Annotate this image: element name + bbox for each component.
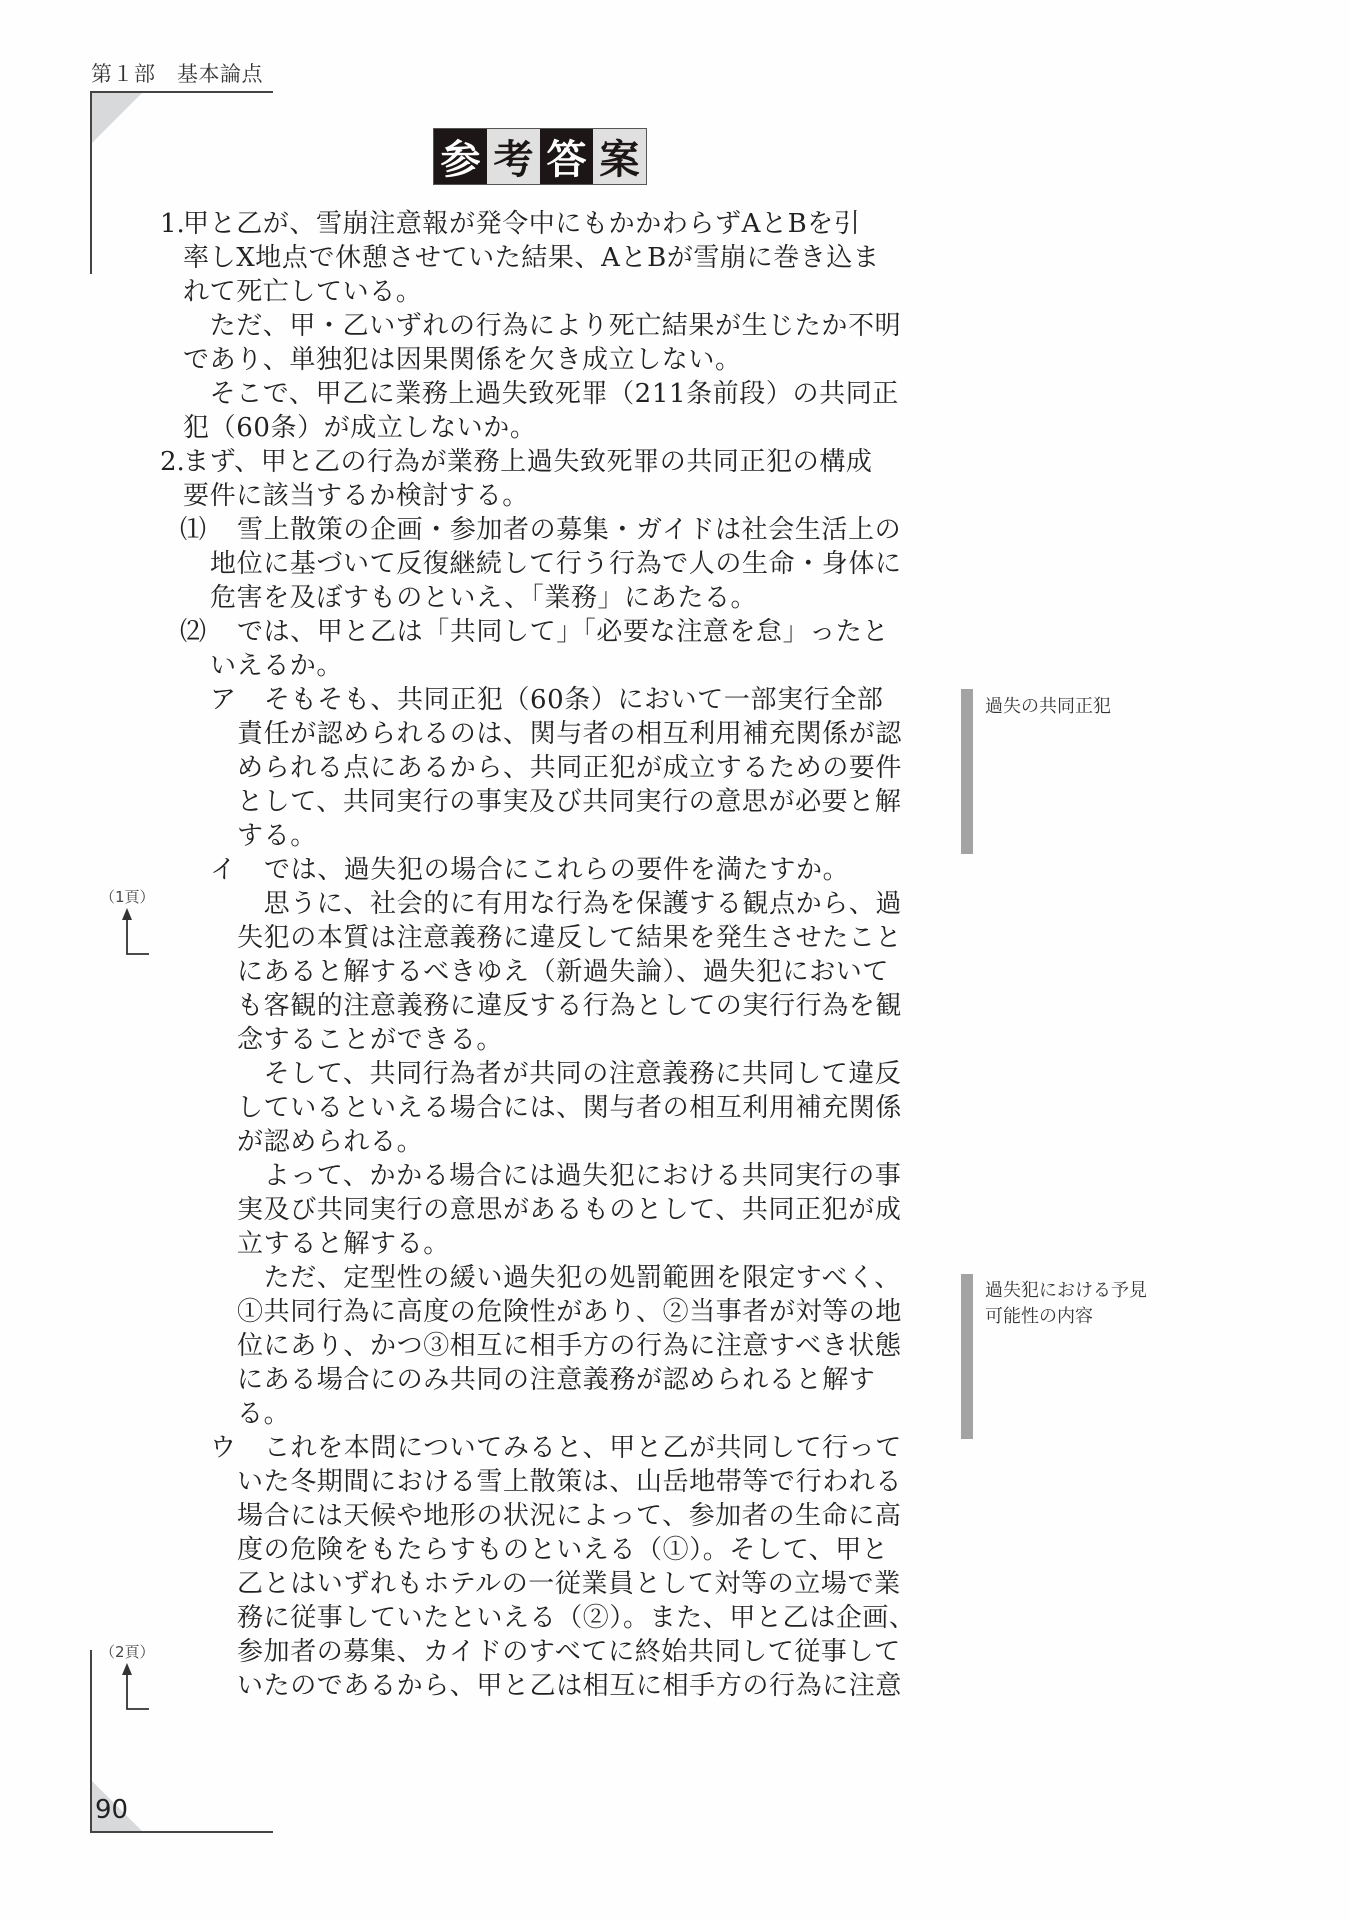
- side-note-foreseeability: 過失犯における予見 可能性の内容: [985, 1278, 1147, 1330]
- text-line: 責任が認められるのは、関与者の相互利用補充関係が認: [237, 717, 902, 751]
- text-line: する。: [237, 819, 317, 853]
- corner-frame-bottom-line: [90, 1831, 273, 1833]
- text-line: ただ、定型性の緩い過失犯の処罰範囲を限定すべく、: [237, 1261, 901, 1295]
- text-line: 乙とはいずれもホテルの一従業員として対等の立場で業: [237, 1567, 901, 1601]
- sub-sub-item-marker: ア: [210, 683, 236, 717]
- sub-item-number: ⑴: [180, 513, 206, 547]
- text-line: 念することができる。: [237, 1023, 503, 1057]
- sub-item-number: ⑵: [180, 615, 206, 649]
- side-note-negligent-co-principal: 過失の共同正犯: [985, 694, 1111, 720]
- page-title: 参 考 答 案: [433, 128, 647, 185]
- text-line: ただ、甲・乙いずれの行為により死亡結果が生じたか不明: [183, 309, 901, 343]
- text-line: が認められる。: [237, 1125, 423, 1159]
- title-char: 参: [434, 129, 487, 184]
- text-line: しているといえる場合には、関与者の相互利用補充関係: [237, 1091, 902, 1125]
- text-line: 危害を及ぼすものといえ、「業務」にあたる。: [210, 581, 757, 615]
- text-line: 雪上散策の企画・参加者の募集・ガイドは社会生活上の: [237, 513, 901, 547]
- text-line: 犯（60条）が成立しないか。: [183, 411, 536, 445]
- text-line: 場合には天候や地形の状況によって、参加者の生命に高: [237, 1499, 901, 1533]
- text-line: 要件に該当するか検討する。: [183, 479, 529, 513]
- sub-sub-item-marker: イ: [210, 853, 236, 887]
- sub-sub-item-marker: ウ: [210, 1431, 236, 1465]
- text-line: ①共同行為に高度の危険性があり、②当事者が対等の地: [237, 1295, 902, 1329]
- arrow-up-icon: [115, 908, 155, 958]
- text-line: も客観的注意義務に違反する行為としての実行行為を観: [237, 989, 902, 1023]
- text-line: る。: [237, 1397, 290, 1431]
- item-number: 1.: [160, 207, 185, 241]
- text-line: 失犯の本質は注意義務に違反して結果を発生させたこと: [237, 921, 902, 955]
- text-line: 立すると解する。: [237, 1227, 450, 1261]
- text-line: よって、かかる場合には過失犯における共同実行の事: [237, 1159, 901, 1193]
- title-char: 考: [487, 129, 540, 184]
- text-line: いた冬期間における雪上散策は、山岳地帯等で行われる: [237, 1465, 902, 1499]
- text-line: 甲と乙が、雪崩注意報が発令中にもかかわらずAとBを引: [183, 207, 860, 241]
- text-line: れて死亡している。: [183, 275, 422, 309]
- text-line: まず、甲と乙の行為が業務上過失致死罪の共同正犯の構成: [183, 445, 873, 479]
- text-line: では、過失犯の場合にこれらの要件を満たすか。: [264, 853, 849, 887]
- text-line: そもそも、共同正犯（60条）において一部実行全部: [264, 683, 884, 717]
- text-line: 位にあり、かつ③相互に相手方の行為に注意すべき状態: [237, 1329, 901, 1363]
- title-char: 案: [593, 129, 646, 184]
- corner-triangle-top-decoration: [92, 93, 142, 143]
- side-note-bar: [961, 689, 973, 854]
- text-line: 思うに、社会的に有用な行為を保護する観点から、過: [237, 887, 902, 921]
- text-line: 率しX地点で休憩させていた結果、AとBが雪崩に巻き込ま: [183, 241, 880, 275]
- section-header: 第１部 基本論点: [91, 58, 263, 88]
- page-ref-label: （2頁）: [100, 1641, 155, 1662]
- text-line: 実及び共同実行の意思があるものとして、共同正犯が成: [237, 1193, 901, 1227]
- text-line: 度の危険をもたらすものといえる（①）。そして、甲と: [237, 1533, 888, 1567]
- text-line: められる点にあるから、共同正犯が成立するための要件: [237, 751, 902, 785]
- text-line: では、甲と乙は「共同して」「必要な注意を怠」ったと: [237, 615, 889, 649]
- text-line: そして、共同行為者が共同の注意義務に共同して違反: [237, 1057, 901, 1091]
- text-line: 地位に基づいて反復継続して行う行為で人の生命・身体に: [210, 547, 902, 581]
- page-number: 90: [95, 1795, 128, 1825]
- text-line: 務に従事していたといえる（②）。また、甲と乙は企画、: [237, 1601, 916, 1635]
- text-line: にあると解するべきゆえ（新過失論）、過失犯において: [237, 955, 889, 989]
- text-line: 参加者の募集、カイドのすべてに終始共同して従事して: [237, 1635, 901, 1669]
- side-note-bar: [961, 1274, 973, 1439]
- text-line: として、共同実行の事実及び共同実行の意思が必要と解: [237, 785, 901, 819]
- page-ref-label: （1頁）: [100, 886, 155, 907]
- text-line: いえるか。: [210, 649, 343, 683]
- text-line: にある場合にのみ共同の注意義務が認められると解す: [237, 1363, 875, 1397]
- text-line: であり、単独犯は因果関係を欠き成立しない。: [183, 343, 742, 377]
- text-line: そこで、甲乙に業務上過失致死罪（211条前段）の共同正: [183, 377, 899, 411]
- arrow-up-icon: [115, 1663, 155, 1713]
- text-line: これを本問についてみると、甲と乙が共同して行って: [264, 1431, 902, 1465]
- title-char: 答: [540, 129, 593, 184]
- text-line: いたのであるから、甲と乙は相互に相手方の行為に注意: [237, 1669, 902, 1703]
- item-number: 2.: [160, 445, 185, 479]
